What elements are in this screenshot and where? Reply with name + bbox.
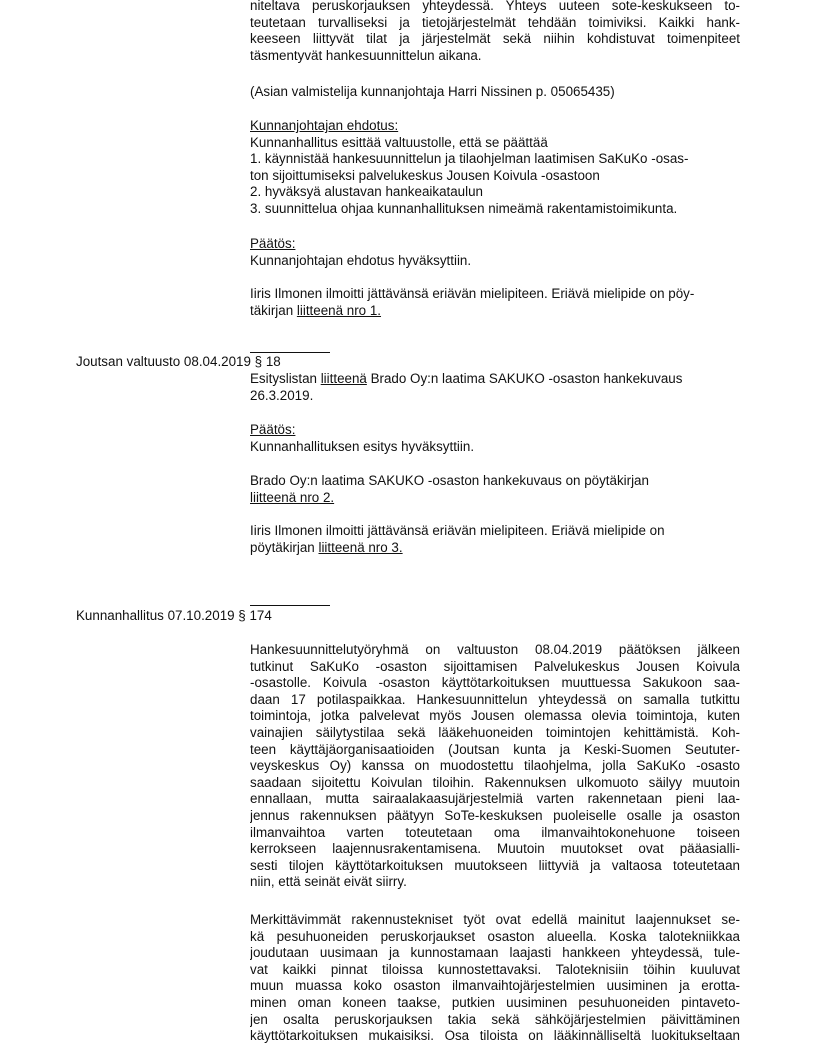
text-line: vat kaikki pinnat tiloissa kunnostettava…	[250, 962, 740, 979]
attachment-date: 26.3.2019.	[250, 388, 740, 405]
section-header-valtuusto: Joutsan valtuusto 08.04.2019 § 18	[76, 354, 281, 371]
text-line: Merkittävimmät rakennustekniset työt ova…	[250, 912, 740, 929]
text-line: -osastolle. Koivula -osaston käyttötarko…	[250, 675, 740, 692]
text-line: niteltava peruskorjauksen yhteydessä. Yh…	[250, 0, 740, 15]
text-line: ilmanvaihtoa varten toteutetaan oma ilma…	[250, 825, 740, 842]
dissent-block-2: Iiris Ilmonen ilmoitti jättävänsä eriävä…	[250, 523, 740, 556]
text-line: sesti tilojen käyttötarkoituksen muutoks…	[250, 858, 740, 875]
text-line: käyttötarkoituksen mukaisiksi. Osa tiloi…	[250, 1028, 740, 1045]
text-line: minen oman koneen taakse, putkien uusimi…	[250, 995, 740, 1012]
text-line: jen osalta peruskorjauksen takia sekä sä…	[250, 1012, 740, 1029]
kunnanhallitus-paragraph-2: Merkittävimmät rakennustekniset työt ova…	[250, 912, 740, 1045]
text-line: kä pesuhuoneiden peruskorjaukset osaston…	[250, 929, 740, 946]
dissent-prefix: täkirjan	[250, 303, 297, 318]
brado-block: Brado Oy:n laatima SAKUKO -osaston hanke…	[250, 473, 740, 506]
text-line: täsmentyvät hankesuunnittelun aikana.	[250, 48, 740, 65]
kunnanhallitus-paragraph-1: Hankesuunnittelutyöryhmä on valtuuston 0…	[250, 642, 740, 891]
text-line: veyskeskus Oy) kanssa on muodostettu til…	[250, 758, 740, 775]
document-page: niteltava peruskorjauksen yhteydessä. Yh…	[0, 0, 816, 1056]
proposal-item: 2. hyväksyä alustavan hankeaikataulun	[250, 184, 740, 201]
text-line: vainajien säilytystilaa sekä lääkehuonei…	[250, 725, 740, 742]
attachment-text: Esityslistan liitteenä Brado Oy:n laatim…	[250, 371, 740, 388]
section-separator	[250, 605, 330, 606]
dissent-block-1: Iiris Ilmonen ilmoitti jättävänsä eriävä…	[250, 286, 740, 319]
preparer-note: (Asian valmistelija kunnanjohtaja Harri …	[250, 84, 740, 101]
text-line: ennallaan, mutta sairaalakaasujärjestelm…	[250, 791, 740, 808]
section-header-kunnanhallitus: Kunnanhallitus 07.10.2019 § 174	[76, 608, 272, 625]
intro-paragraph: niteltava peruskorjauksen yhteydessä. Yh…	[250, 0, 740, 64]
text-line: teen käyttäjäorganisaatioiden (Joutsan k…	[250, 742, 740, 759]
brado-text: Brado Oy:n laatima SAKUKO -osaston hanke…	[250, 473, 740, 490]
section-separator	[250, 352, 330, 353]
proposal-block: Kunnanjohtajan ehdotus: Kunnanhallitus e…	[250, 118, 740, 218]
decision-text: Kunnanhallituksen esitys hyväksyttiin.	[250, 439, 740, 456]
proposal-item: 1. käynnistää hankesuunnittelun ja tilao…	[250, 151, 740, 168]
agenda-attachment-link[interactable]: liitteenä	[321, 371, 367, 386]
decision-heading: Päätös:	[250, 422, 740, 439]
text-line: tutkinut SaKuKo -osaston sijoittamisen P…	[250, 659, 740, 676]
text-line: toimintoja, jotka palvelevat myös Jousen…	[250, 708, 740, 725]
attachment-link-3[interactable]: liitteenä nro 3.	[318, 540, 402, 555]
attachment-suffix: Brado Oy:n laatima SAKUKO -osaston hanke…	[367, 371, 683, 386]
text-line: niin, että seinät eivät siirry.	[250, 874, 740, 891]
decision-heading: Päätös:	[250, 236, 740, 253]
dissent-prefix: pöytäkirjan	[250, 540, 318, 555]
dissent-text: Iiris Ilmonen ilmoitti jättävänsä eriävä…	[250, 523, 740, 540]
dissent-text: Iiris Ilmonen ilmoitti jättävänsä eriävä…	[250, 286, 740, 303]
text-line: joudutaan uusimaan ja kunnostamaan laaja…	[250, 945, 740, 962]
text-line: kerrokseen laajennusrakentamisena. Muuto…	[250, 841, 740, 858]
text-line: saadaan sijoitettu Koivulan tiloihin. Ra…	[250, 775, 740, 792]
decision-text: Kunnanjohtajan ehdotus hyväksyttiin.	[250, 253, 740, 270]
text-line: Hankesuunnittelutyöryhmä on valtuuston 0…	[250, 642, 740, 659]
valtuusto-attachment: Esityslistan liitteenä Brado Oy:n laatim…	[250, 371, 740, 404]
decision-block-1: Päätös: Kunnanjohtajan ehdotus hyväksytt…	[250, 236, 740, 269]
dissent-text-2: täkirjan liitteenä nro 1.	[250, 303, 740, 320]
text-line: keeseen liittyvät tilat ja järjestelmät …	[250, 31, 740, 48]
text-line: daan 17 potilaspaikkaa. Hankesuunnittelu…	[250, 692, 740, 709]
proposal-heading: Kunnanjohtajan ehdotus:	[250, 118, 740, 135]
text-line: muun muassa koko osaston ilmanvaihtojärj…	[250, 978, 740, 995]
attachment-link-1[interactable]: liitteenä nro 1.	[297, 303, 381, 318]
attachment-prefix: Esityslistan	[250, 371, 321, 386]
attachment-link-2[interactable]: liitteenä nro 2.	[250, 490, 334, 505]
proposal-intro: Kunnanhallitus esittää valtuustolle, ett…	[250, 135, 740, 152]
decision-block-2: Päätös: Kunnanhallituksen esitys hyväksy…	[250, 422, 740, 455]
proposal-item: ton sijoittumiseksi palvelukeskus Jousen…	[250, 168, 740, 185]
text-line: jennus rakennuksen päätyyn SoTe-keskukse…	[250, 808, 740, 825]
proposal-item: 3. suunnittelua ohjaa kunnanhallituksen …	[250, 201, 740, 218]
dissent-text-2: pöytäkirjan liitteenä nro 3.	[250, 540, 740, 557]
text-line: teutetaan turvalliseksi ja tietojärjeste…	[250, 15, 740, 32]
preparer-note-text: (Asian valmistelija kunnanjohtaja Harri …	[250, 84, 740, 101]
